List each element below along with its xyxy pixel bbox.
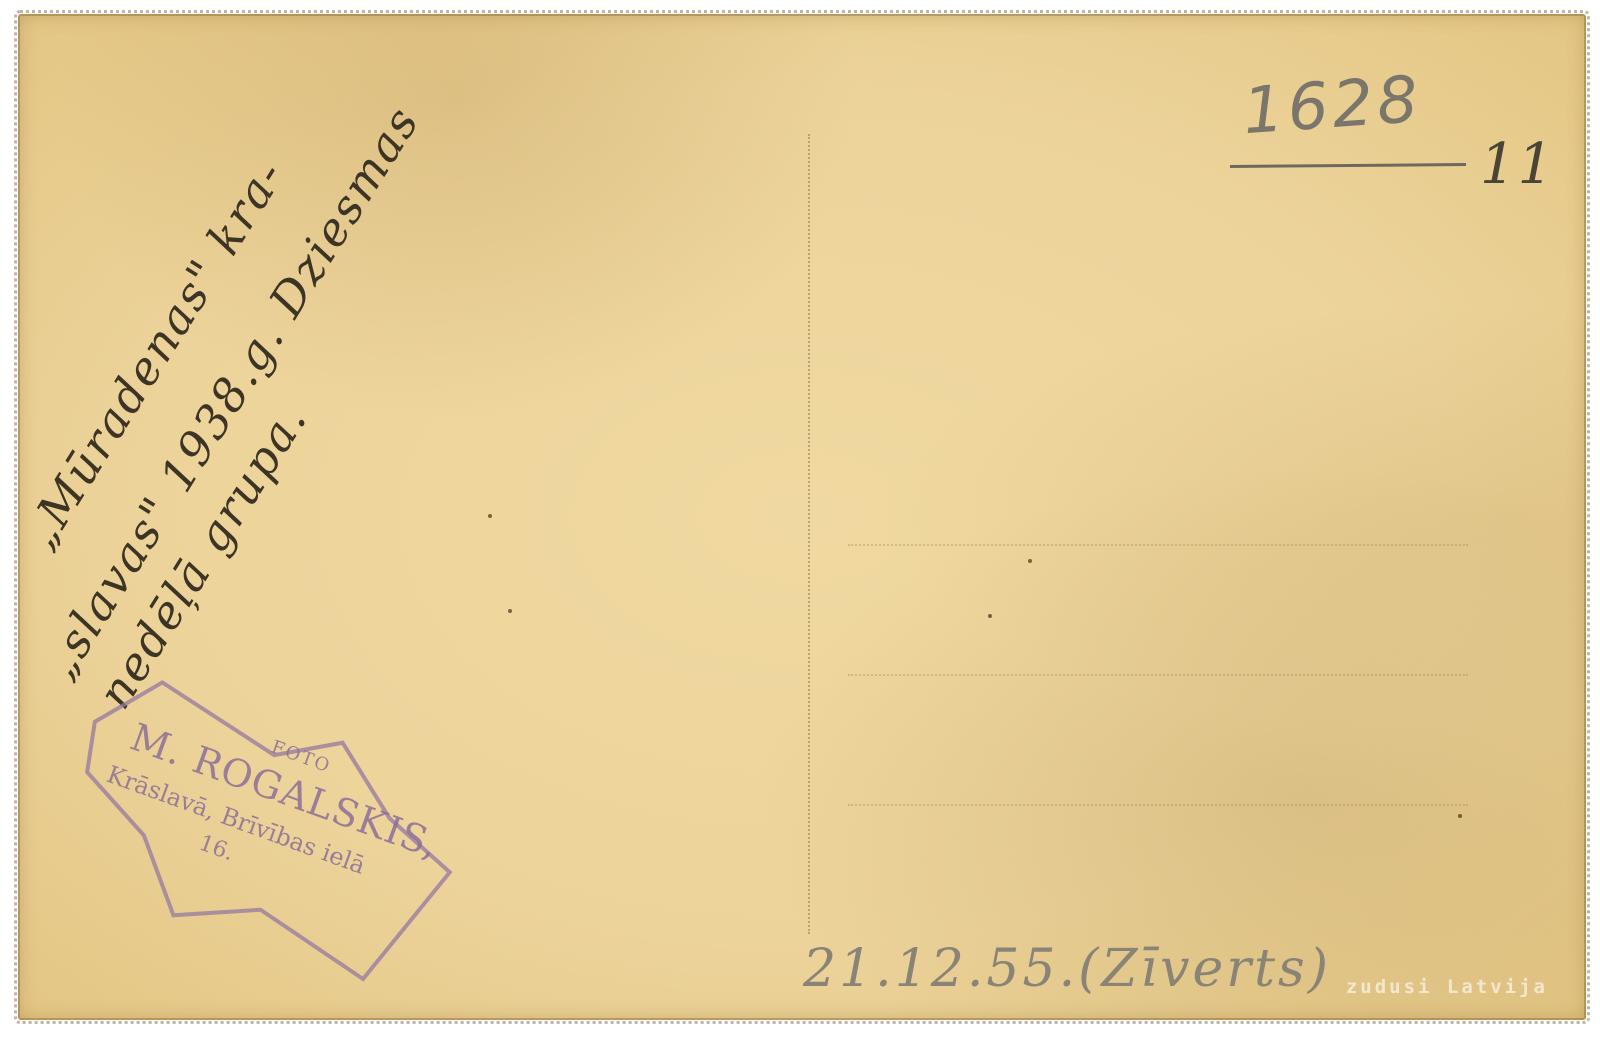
center-divider-line (808, 134, 810, 934)
paper-speck (508, 609, 512, 613)
paper-speck (1458, 814, 1462, 818)
photographer-stamp: FOTO M. ROGALSKIS, Krāslavā, Brīvības ie… (31, 653, 486, 1006)
postcard-back: 1628 11 „Mūradenas" kra- „slavas" 1938.g… (18, 14, 1586, 1020)
pencil-date-note: 21.12.55.(Zīverts) (803, 939, 1331, 999)
paper-speck (488, 514, 492, 518)
catalog-sub-number: 11 (1480, 132, 1555, 197)
paper-speck (988, 614, 992, 618)
watermark: zudusi Latvija (1346, 976, 1548, 998)
paper-speck (1028, 559, 1032, 563)
address-line (848, 804, 1468, 806)
address-line (848, 674, 1468, 676)
catalog-number: 1628 (1241, 63, 1425, 149)
catalog-underline (1230, 163, 1466, 168)
address-line (848, 544, 1468, 546)
